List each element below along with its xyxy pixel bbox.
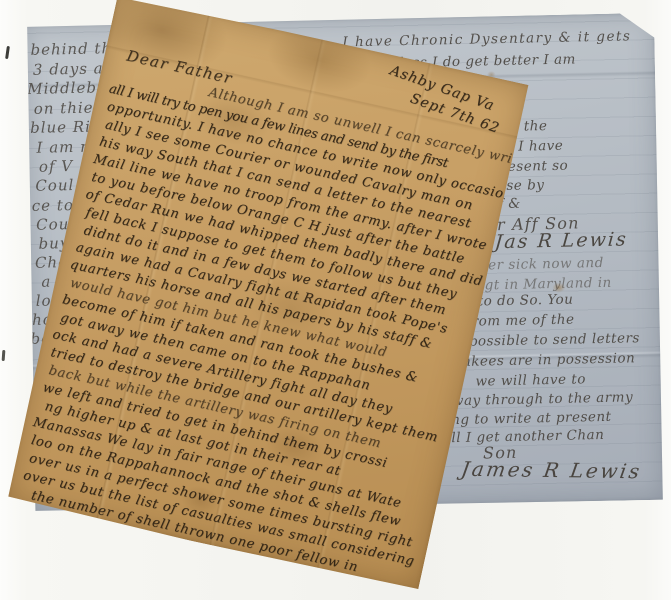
blue-letter-line: way through to the army (452, 390, 634, 409)
photo-speck (2, 350, 6, 361)
blue-letter-line: I have Chronic Dysentary & it gets (342, 29, 631, 51)
blue-letter-line: Yankees are in possession (445, 351, 635, 370)
blue-left-fragment: on thie (34, 100, 94, 118)
blue-letter-line: till I get another Chan (441, 428, 605, 447)
blue-left-fragment: Coul (35, 177, 74, 195)
blue-left-fragment: Middlebu (27, 79, 108, 98)
blue-left-fragment: I am r (36, 139, 88, 157)
photo-background: behind the 3 days at Middlebu on thie bl… (0, 0, 671, 600)
blue-left-fragment: of V (39, 158, 74, 176)
blue-left-fragment: ce to (32, 197, 74, 215)
blue-signature-full: James R Lewis (460, 458, 644, 483)
blue-signature: Jas R Lewis (494, 229, 629, 254)
blue-letter-line: impossible to send letters (451, 331, 641, 350)
photo-speck (5, 46, 10, 59)
tan-letter-salutation: Dear Father (125, 48, 235, 88)
blue-left-fragment: 3 days at (33, 60, 111, 79)
blue-letter-line: we will have to (475, 372, 586, 390)
blue-left-fragment: blue Ri (30, 119, 91, 138)
blue-letter-line: ing to write at present (446, 410, 612, 429)
